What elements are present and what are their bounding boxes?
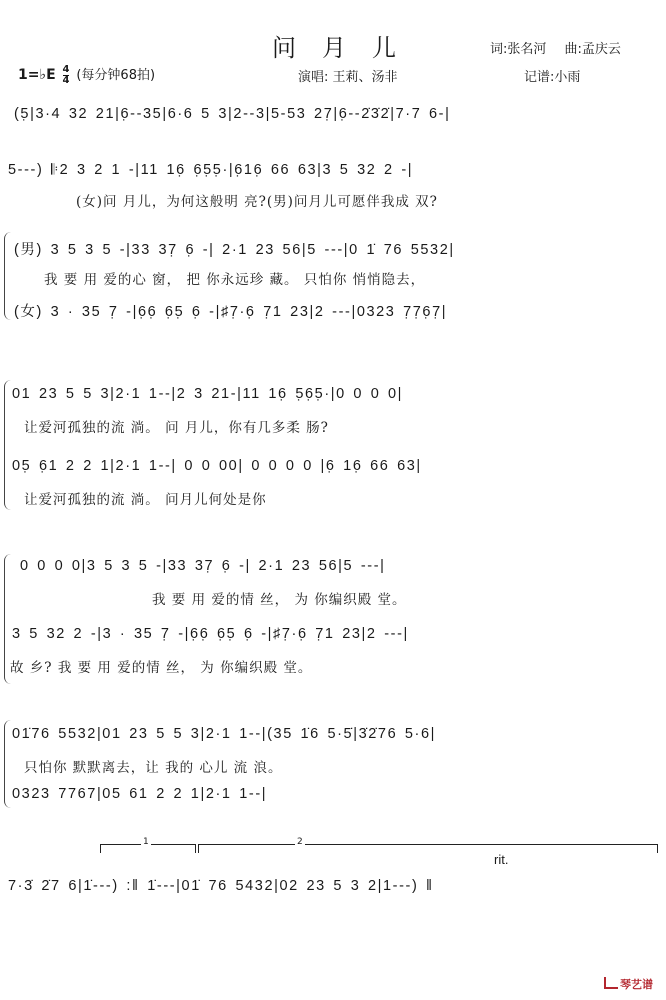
system-brace (4, 380, 11, 510)
time-signature: 4 4 (63, 65, 70, 86)
logo-icon (604, 977, 618, 989)
notation-row-2: 5---) 𝄆2 3 2 1 -|11 16̣ 6̣5̣5̣·|6̣16̣ 66… (8, 162, 413, 178)
volta-1: 1 (100, 844, 196, 853)
notation-row-5: 05̣ 6̣1 2 2 1|2·1 1--| 0 0 00| 0 0 0 0 |… (12, 458, 422, 474)
lyrics-row-4: 让爱河孤独的流 淌。 问 月儿，你有几多柔 肠? (24, 416, 329, 436)
lyrics-row-8: 只怕你 默默离去，让 我的 心儿 流 浪。 (24, 756, 282, 776)
notation-row-7: 3 5 32 2 -|3 · 35 7̣ -|6̣6̣ 6̣5̣ 6̣ -|♯7… (12, 626, 409, 642)
key: 1=♭E (18, 67, 56, 83)
lyrics-row-6: 我 要 用 爱的情 丝， 为 你编织殿 堂。 (152, 588, 407, 608)
lyrics-row-3: 我 要 用 爱的心 窗， 把 你永远珍 藏。 只怕你 悄悄隐去， (44, 268, 425, 288)
notation-row-3-female: (女) 3 · 35 7̣ -|6̣6̣ 6̣5̣ 6̣ -|♯7̣·6̣ 7̣… (14, 300, 447, 321)
ritardando-mark: rit. (494, 852, 508, 867)
notation-row-8-upper: 01̇76 5532|01 23 5 5 3|2·1 1--|(35 1̇6 5… (12, 726, 436, 742)
lyrics-row-2: (女)问 月儿，为何这般明 亮?(男)问月儿可愿伴我成 双? (76, 190, 438, 210)
notation-row-6: 0 0 0 0|3 5 3 5 -|33 37̣ 6̣ -| 2·1 23 56… (20, 558, 386, 574)
notation-row-1: (5̣|3·4 32 21|6̣--35|6·6 5 3|2--3|5-53 2… (14, 106, 450, 122)
lyrics-row-5: 让爱河孤独的流 淌。 问月儿何处是你 (24, 488, 267, 508)
notation-row-3-male: (男) 3 5 3 5 -|33 37̣ 6̣ -| 2·1 23 56|5 -… (14, 238, 455, 259)
song-title: 问月儿 (272, 28, 422, 63)
lyricist: 词:张名河 (490, 42, 546, 57)
notation-row-8-lower: 0323 7767|05 61 2 2 1|2·1 1--| (12, 786, 267, 802)
notation-row-4: 01 23 5 5 3|2·1 1--|2 3 21-|11 16̣ 5̣6̣5… (12, 386, 403, 402)
notation-row-9: 7·3̇ 2̇7 6|1̇---) :‖ 1̇---|01̇ 76 5432|0… (8, 878, 434, 894)
system-brace (4, 720, 11, 808)
singers: 演唱: 王莉、汤非 (298, 66, 398, 85)
volta-2: 2 (198, 844, 658, 853)
lyrics-row-7: 故 乡? 我 要 用 爱的情 丝， 为 你编织殿 堂。 (10, 656, 312, 676)
composer: 曲:孟庆云 (565, 42, 621, 57)
key-signature: 1=♭E 4 4 (每分钟68拍) (18, 64, 155, 86)
credits: 词:张名河 曲:孟庆云 (490, 38, 621, 57)
watermark: 琴艺谱 (604, 976, 653, 992)
system-brace (4, 232, 11, 320)
tempo: (每分钟68拍) (76, 68, 155, 83)
transcriber: 记谱:小雨 (524, 66, 580, 85)
